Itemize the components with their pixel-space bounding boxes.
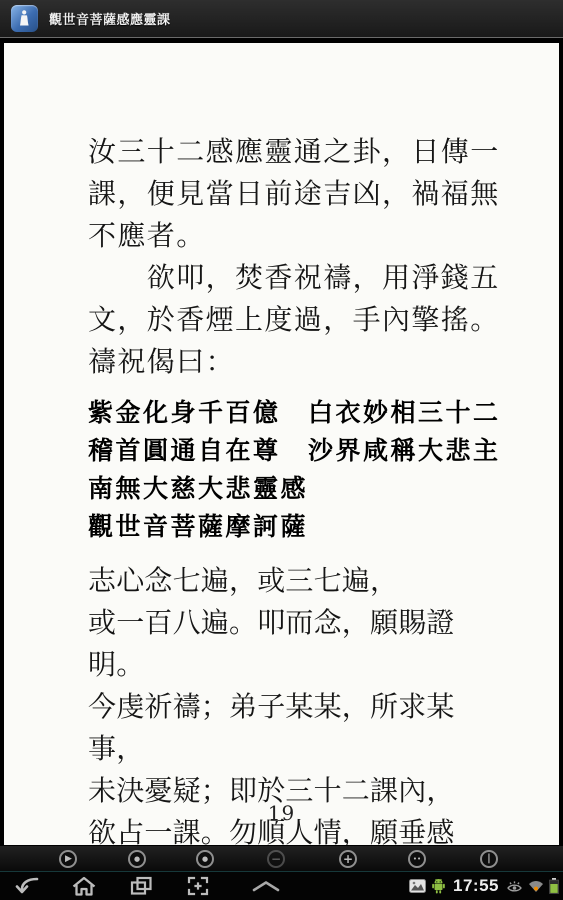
- info-button[interactable]: |: [480, 850, 498, 868]
- verse-block: 紫金化身千百億 白衣妙相三十二 稽首圓通自在尊 沙界咸稱大悲主 南無大慈大悲靈感…: [88, 394, 507, 546]
- screen-capture-button[interactable]: [185, 874, 211, 898]
- home-icon: [71, 875, 97, 897]
- app-title: 觀世音菩薩感應靈課: [49, 9, 171, 28]
- paragraph-2: 欲叩，焚香祝禱，用淨錢五 文，於香煙上度過，手內擎搖。 禱祝偈曰：: [88, 257, 507, 383]
- chevron-up-icon: [249, 879, 283, 893]
- circled-dot-icon: ●: [134, 856, 140, 863]
- app-icon: [11, 5, 38, 32]
- screenshot-image-icon: [409, 879, 426, 893]
- minus-circle-icon: −: [271, 853, 281, 865]
- android-debug-icon: [431, 878, 446, 894]
- page-content: 汝三十二感應靈通之卦，日傳一 課，便見當日前途吉凶，禍福無 不應者。 欲叩，焚香…: [4, 43, 559, 845]
- panel-handle[interactable]: [249, 872, 283, 900]
- home-button[interactable]: [71, 874, 97, 898]
- paragraph-1: 汝三十二感應靈通之卦，日傳一 課，便見當日前途吉凶，禍福無 不應者。: [88, 131, 507, 257]
- back-button[interactable]: [14, 874, 40, 898]
- clock: 17:55: [451, 876, 501, 896]
- guanyin-statue-icon: [17, 9, 32, 28]
- plus-circle-icon: +: [343, 853, 353, 865]
- status-cluster[interactable]: 17:55: [409, 872, 559, 900]
- more-options-button[interactable]: ••: [408, 850, 426, 868]
- nav-keys: [14, 872, 211, 900]
- recents-icon: [128, 875, 154, 897]
- marker-a-button[interactable]: ●: [128, 850, 146, 868]
- page-number: 19: [4, 801, 559, 825]
- reader-toolbar: ▶ ● ● − + •• |: [0, 845, 563, 872]
- info-circle-icon: |: [487, 854, 491, 864]
- play-button[interactable]: ▶: [59, 850, 77, 868]
- marker-b-button[interactable]: ●: [196, 850, 214, 868]
- book-page[interactable]: 汝三十二感應靈通之卦，日傳一 課，便見當日前途吉凶，禍福無 不應者。 欲叩，焚香…: [4, 43, 559, 845]
- app-screen: 觀世音菩薩感應靈課 汝三十二感應靈通之卦，日傳一 課，便見當日前途吉凶，禍福無 …: [0, 0, 563, 900]
- zoom-out-button[interactable]: −: [267, 850, 285, 868]
- ellipsis-circle-icon: ••: [413, 856, 421, 863]
- title-bar: 觀世音菩薩感應靈課: [0, 0, 563, 38]
- android-nav-bar: 17:55: [0, 872, 563, 900]
- battery-icon: [549, 878, 559, 894]
- screen-capture-icon: [185, 875, 211, 897]
- circled-dot-icon: ●: [202, 856, 208, 863]
- back-icon: [14, 875, 40, 897]
- play-circle-icon: ▶: [64, 855, 72, 864]
- smart-stay-eye-icon: [506, 879, 523, 894]
- wifi-status-icon: [528, 879, 544, 893]
- recents-button[interactable]: [128, 874, 154, 898]
- zoom-in-button[interactable]: +: [339, 850, 357, 868]
